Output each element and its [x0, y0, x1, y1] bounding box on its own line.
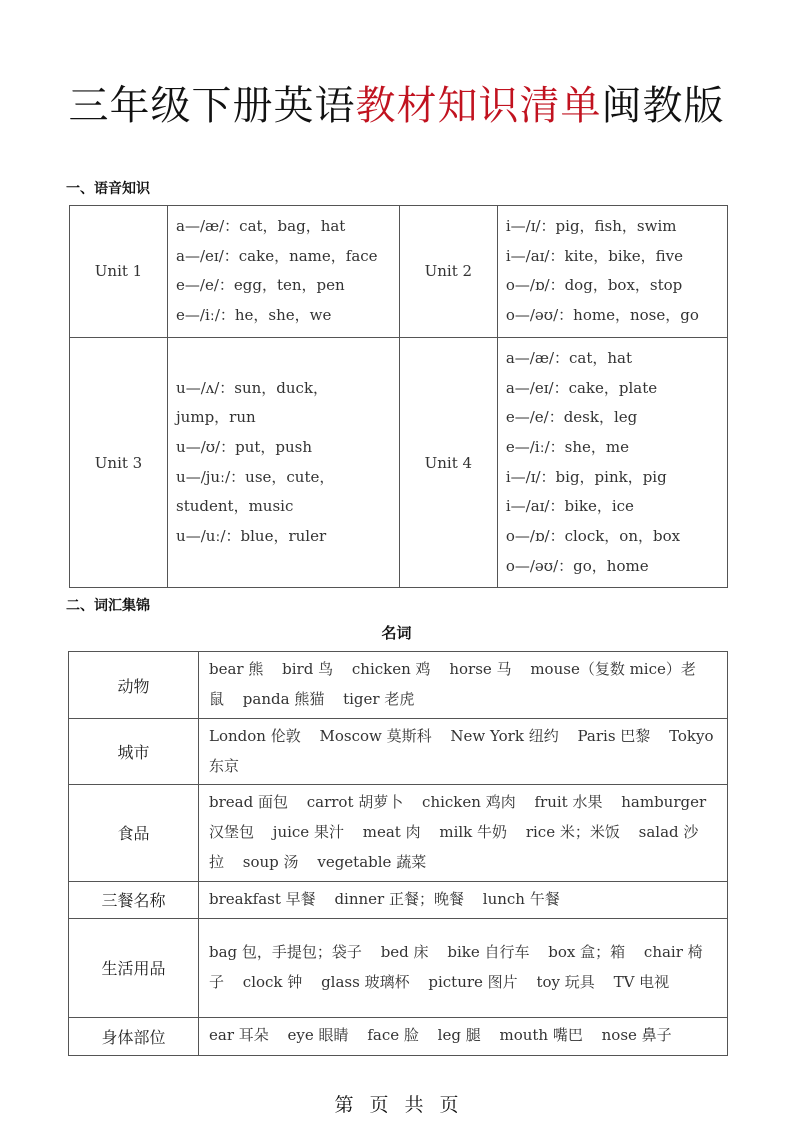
- vocab-words: bag 包，手提包；袋子 bed 床 bike 自行车 box 盒；箱 chai…: [199, 918, 728, 1017]
- phonics-line: i—/aɪ/：kite，bike，five: [506, 242, 719, 272]
- vocab-row: 城市 London 伦敦 Moscow 莫斯科 New York 纽约 Pari…: [69, 719, 728, 785]
- vocab-entry: breakfast 早餐: [209, 890, 316, 908]
- vocab-entry: soup 汤: [243, 853, 299, 871]
- vocab-entry: New York 纽约: [450, 727, 558, 745]
- vocab-entry: Moscow 莫斯科: [320, 727, 432, 745]
- phonics-line: e—/e/：egg，ten，pen: [176, 271, 391, 301]
- vocab-entry: horse 马: [449, 660, 511, 678]
- vocab-entry: bag 包，手提包；袋子: [209, 943, 362, 961]
- phonics-line: e—/iː/：he，she，we: [176, 301, 391, 331]
- vocab-row: 食品 bread 面包 carrot 胡萝卜 chicken 鸡肉 fruit …: [69, 785, 728, 881]
- phonics-line: e—/e/：desk，leg: [506, 403, 719, 433]
- phonics-row: Unit 1 a—/æ/：cat，bag，hat a—/eɪ/：cake，nam…: [70, 206, 728, 338]
- phonics-list: a—/æ/：cat，hat a—/eɪ/：cake，plate e—/e/：de…: [497, 337, 727, 588]
- page-title: 三年级下册英语教材知识清单闽教版: [0, 74, 793, 131]
- vocab-entry: face 脸: [367, 1026, 419, 1044]
- vocab-words: London 伦敦 Moscow 莫斯科 New York 纽约 Paris 巴…: [199, 719, 728, 785]
- vocab-entry: dinner 正餐；晚餐: [334, 890, 464, 908]
- vocab-row: 生活用品 bag 包，手提包；袋子 bed 床 bike 自行车 box 盒；箱…: [69, 918, 728, 1017]
- vocab-words: ear 耳朵 eye 眼睛 face 脸 leg 腿 mouth 嘴巴 nose…: [199, 1017, 728, 1055]
- vocab-entry: juice 果汁: [273, 823, 344, 841]
- vocab-entry: nose 鼻子: [602, 1026, 672, 1044]
- vocab-entry: toy 玩具: [536, 973, 594, 991]
- unit-label: Unit 4: [399, 337, 497, 588]
- vocab-entry: rice 米；米饭: [526, 823, 620, 841]
- vocab-entry: vegetable 蔬菜: [317, 853, 426, 871]
- vocab-entry: London 伦敦: [209, 727, 301, 745]
- phonics-table: Unit 1 a—/æ/：cat，bag，hat a—/eɪ/：cake，nam…: [69, 205, 728, 588]
- phonics-line: o—/əʊ/：go，home: [506, 552, 719, 582]
- phonics-line: a—/eɪ/：cake，name，face: [176, 242, 391, 272]
- vocab-entry: ear 耳朵: [209, 1026, 269, 1044]
- vocab-entry: bed 床: [381, 943, 429, 961]
- phonics-line: i—/ɪ/：big，pink，pig: [506, 463, 719, 493]
- section-heading-vocabulary: 二、词汇集锦: [66, 595, 150, 615]
- phonics-row: Unit 3 u—/ʌ/：sun，duck， jump，run u—/ʊ/：pu…: [70, 337, 728, 588]
- vocab-row: 身体部位 ear 耳朵 eye 眼睛 face 脸 leg 腿 mouth 嘴巴…: [69, 1017, 728, 1055]
- phonics-list: i—/ɪ/：pig，fish，swim i—/aɪ/：kite，bike，fiv…: [497, 206, 727, 338]
- phonics-line: student，music: [176, 492, 391, 522]
- vocab-entry: eye 眼睛: [288, 1026, 349, 1044]
- vocab-entry: bread 面包: [209, 793, 288, 811]
- vocab-entry: clock 钟: [243, 973, 303, 991]
- phonics-line: o—/əʊ/：home，nose，go: [506, 301, 719, 331]
- phonics-list: a—/æ/：cat，bag，hat a—/eɪ/：cake，name，face …: [168, 206, 400, 338]
- unit-label: Unit 1: [70, 206, 168, 338]
- vocab-entry: glass 玻璃杯: [321, 973, 410, 991]
- title-part-3: 闽教版: [602, 83, 725, 129]
- phonics-line: a—/æ/：cat，bag，hat: [176, 212, 391, 242]
- phonics-line: u—/ʊ/：put，push: [176, 433, 391, 463]
- vocab-entry: meat 肉: [363, 823, 421, 841]
- vocab-entry: chicken 鸡肉: [422, 793, 516, 811]
- phonics-line: i—/ɪ/：pig，fish，swim: [506, 212, 719, 242]
- phonics-line: a—/æ/：cat，hat: [506, 344, 719, 374]
- vocab-words: bread 面包 carrot 胡萝卜 chicken 鸡肉 fruit 水果 …: [199, 785, 728, 881]
- title-part-2-highlight: 教材知识清单: [356, 83, 602, 129]
- vocab-category: 城市: [69, 719, 199, 785]
- vocab-category: 动物: [69, 652, 199, 719]
- vocab-category: 生活用品: [69, 918, 199, 1017]
- vocab-entry: leg 腿: [438, 1026, 481, 1044]
- title-part-1: 三年级下册英语: [69, 83, 356, 129]
- phonics-line: o—/ɒ/：dog，box，stop: [506, 271, 719, 301]
- vocab-entry: mouth 嘴巴: [499, 1026, 582, 1044]
- vocab-row: 三餐名称 breakfast 早餐 dinner 正餐；晚餐 lunch 午餐: [69, 881, 728, 918]
- vocab-category: 三餐名称: [69, 881, 199, 918]
- phonics-line: i—/aɪ/：bike，ice: [506, 492, 719, 522]
- phonics-line: u—/juː/：use，cute，: [176, 463, 391, 493]
- vocab-entry: panda 熊猫: [243, 690, 325, 708]
- vocab-entry: box 盒；箱: [548, 943, 625, 961]
- vocab-entry: bird 鸟: [282, 660, 333, 678]
- vocab-entry: fruit 水果: [534, 793, 602, 811]
- vocab-entry: lunch 午餐: [483, 890, 560, 908]
- nouns-subheading: 名词: [0, 622, 793, 643]
- unit-label: Unit 2: [399, 206, 497, 338]
- section-heading-phonics: 一、语音知识: [66, 178, 150, 198]
- vocab-entry: tiger 老虎: [343, 690, 414, 708]
- unit-label: Unit 3: [70, 337, 168, 588]
- vocab-row: 动物 bear 熊 bird 鸟 chicken 鸡 horse 马 mouse…: [69, 652, 728, 719]
- phonics-line: u—/uː/：blue，ruler: [176, 522, 391, 552]
- phonics-line: e—/iː/：she，me: [506, 433, 719, 463]
- vocab-entry: carrot 胡萝卜: [307, 793, 404, 811]
- page-footer: 第 页 共 页: [0, 1090, 793, 1117]
- vocab-entry: chicken 鸡: [352, 660, 431, 678]
- phonics-line: a—/eɪ/：cake，plate: [506, 374, 719, 404]
- phonics-line: o—/ɒ/：clock，on，box: [506, 522, 719, 552]
- vocab-entry: Paris 巴黎: [577, 727, 650, 745]
- vocab-words: bear 熊 bird 鸟 chicken 鸡 horse 马 mouse（复数…: [199, 652, 728, 719]
- vocab-category: 食品: [69, 785, 199, 881]
- phonics-line: jump，run: [176, 403, 391, 433]
- phonics-line: u—/ʌ/：sun，duck，: [176, 374, 391, 404]
- vocab-words: breakfast 早餐 dinner 正餐；晚餐 lunch 午餐: [199, 881, 728, 918]
- vocab-entry: bear 熊: [209, 660, 263, 678]
- vocab-entry: TV 电视: [614, 973, 670, 991]
- phonics-list: u—/ʌ/：sun，duck， jump，run u—/ʊ/：put，push …: [168, 337, 400, 588]
- vocab-category: 身体部位: [69, 1017, 199, 1055]
- vocabulary-table: 动物 bear 熊 bird 鸟 chicken 鸡 horse 马 mouse…: [68, 651, 728, 1056]
- vocab-entry: milk 牛奶: [439, 823, 507, 841]
- vocab-entry: bike 自行车: [447, 943, 529, 961]
- vocab-entry: picture 图片: [428, 973, 517, 991]
